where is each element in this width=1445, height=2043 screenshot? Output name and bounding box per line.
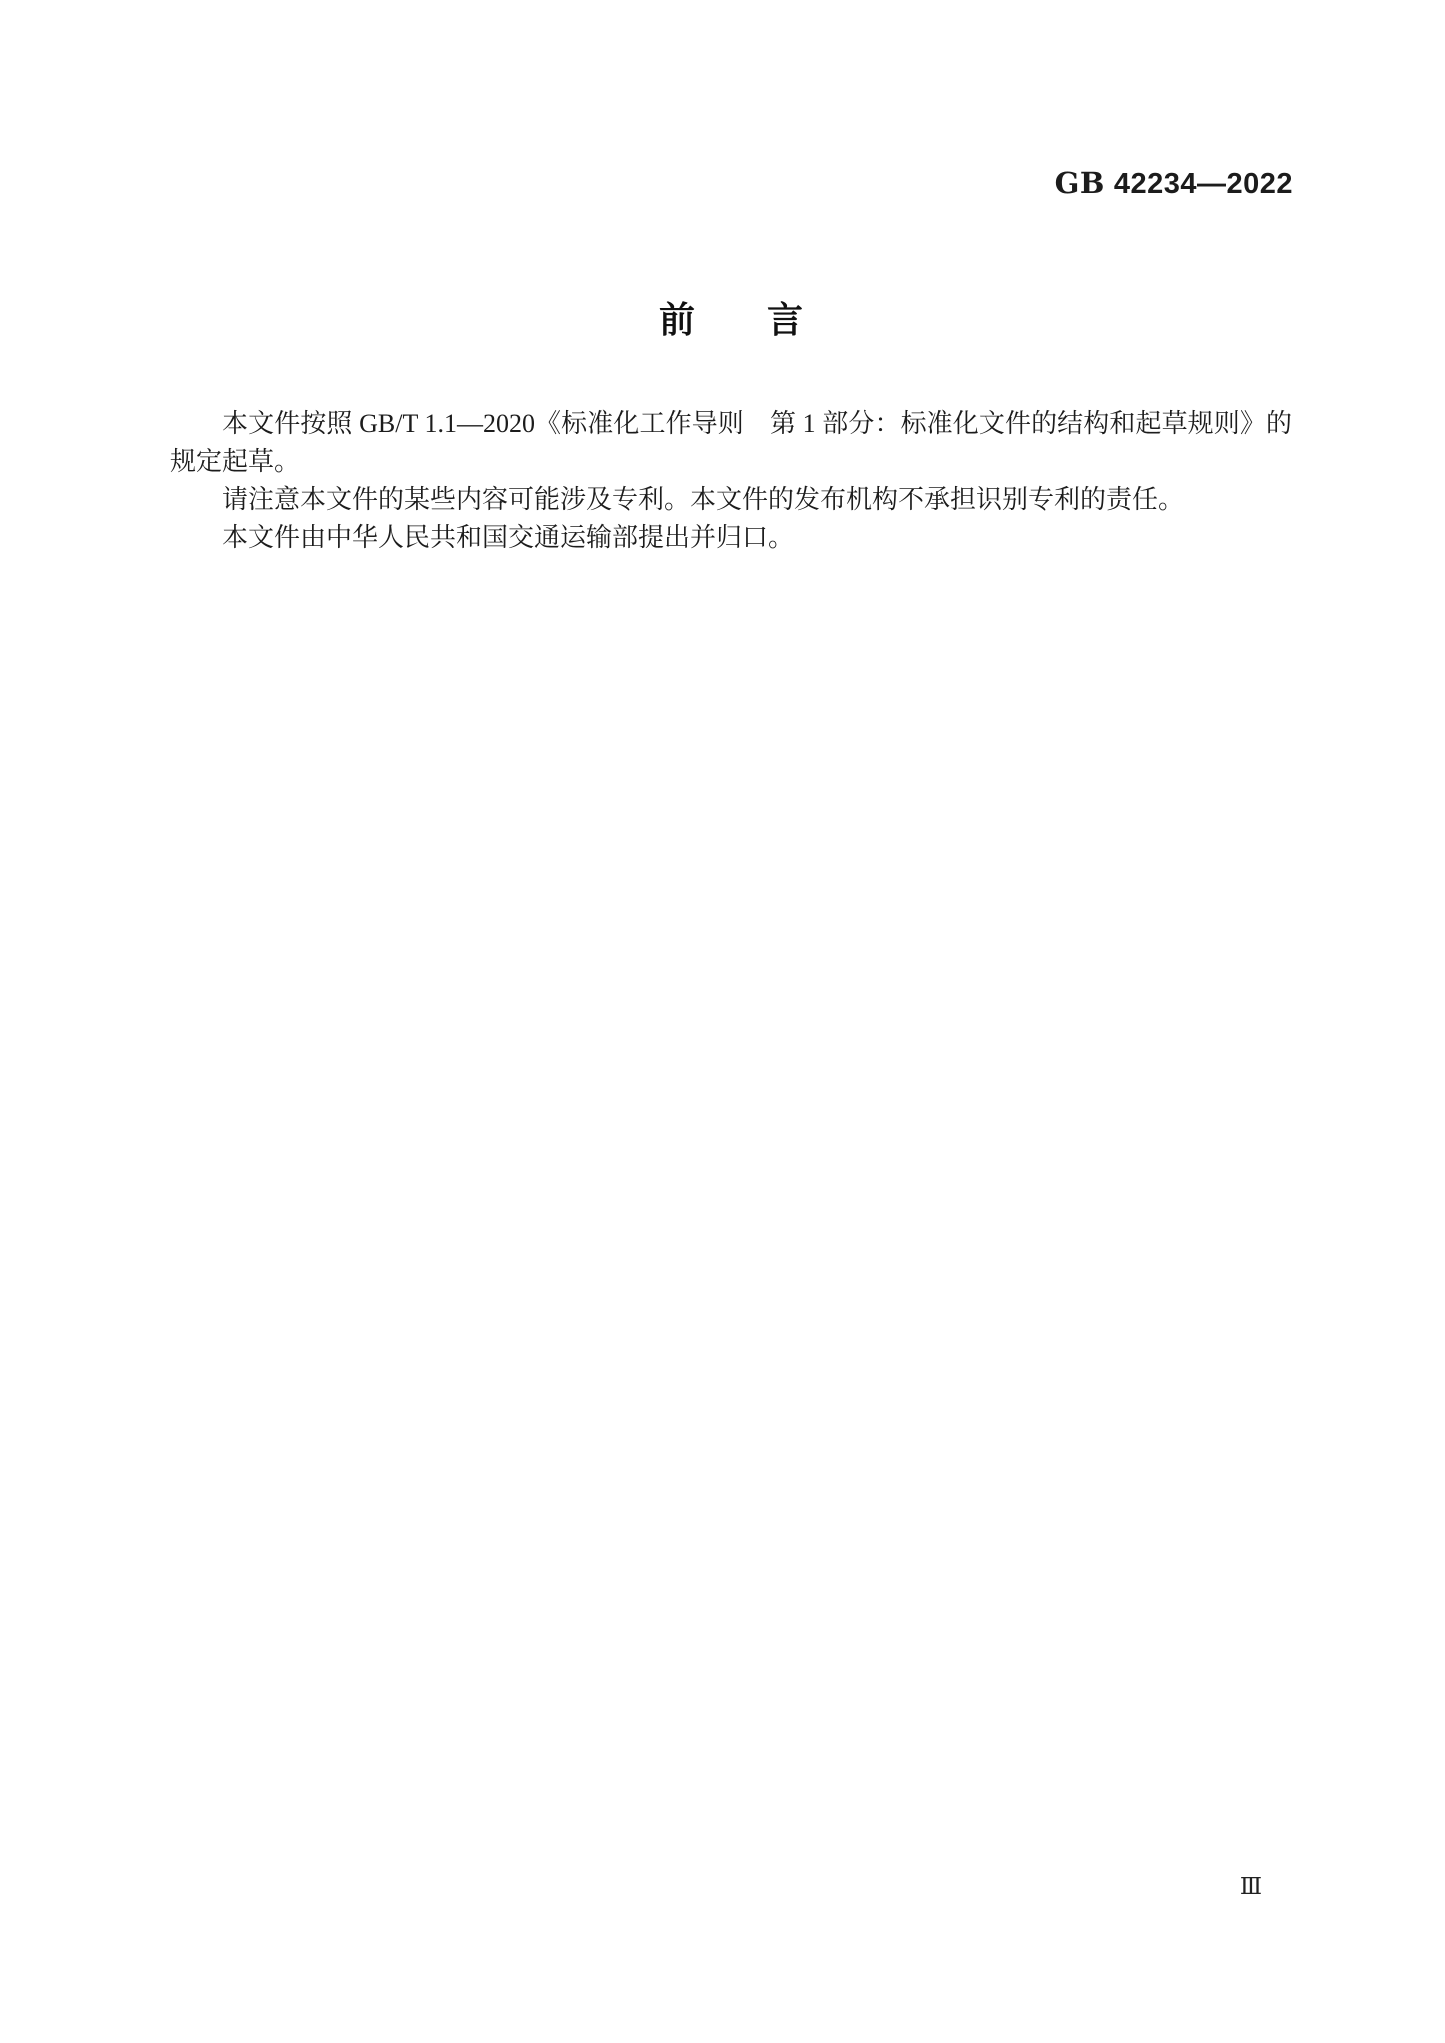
standard-code: 42234—2022 bbox=[1114, 168, 1293, 200]
paragraph-patent-notice: 请注意本文件的某些内容可能涉及专利。本文件的发布机构不承担识别专利的责任。 bbox=[170, 481, 1292, 519]
page-title: 前 言 bbox=[170, 292, 1292, 343]
paragraph-issuing-body: 本文件由中华人民共和国交通运输部提出并归口。 bbox=[170, 519, 1292, 557]
document-body: 本文件按照 GB/T 1.1—2020《标准化工作导则 第 1 部分：标准化文件… bbox=[170, 405, 1292, 557]
paragraph-drafting-rules: 本文件按照 GB/T 1.1—2020《标准化工作导则 第 1 部分：标准化文件… bbox=[170, 405, 1292, 481]
document-page: GB42234—2022 前 言 本文件按照 GB/T 1.1—2020《标准化… bbox=[0, 0, 1445, 2043]
standard-prefix: GB bbox=[1055, 166, 1105, 200]
page-number: Ⅲ bbox=[1240, 1874, 1262, 1900]
standard-number: GB42234—2022 bbox=[1055, 166, 1293, 201]
